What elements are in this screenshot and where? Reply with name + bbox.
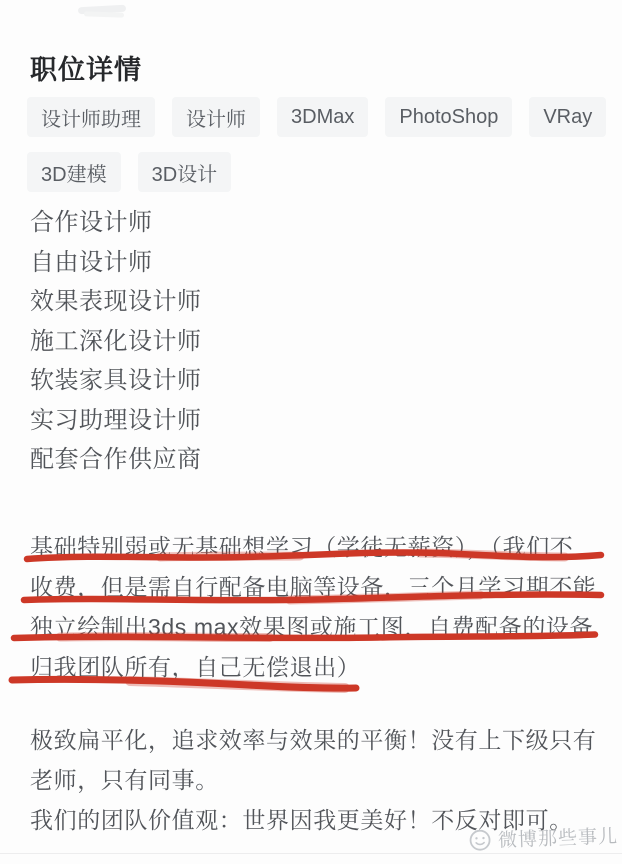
highlighted-line: 独立绘制出3ds max效果图或施工图，自费配备的设备 [30,607,596,647]
highlighted-line: 归我团队所有，自己无偿退出） [30,647,596,687]
tag-chip-label: PhotoShop [399,106,498,129]
closing-paragraph: 极致扁平化，追求效率与效果的平衡！没有上下级只有 老师，只有同事。 我们的团队价… [30,720,596,840]
position-item: 配套合作供应商 [30,440,202,480]
page-title: 职位详情 [30,48,142,87]
position-item: 实习助理设计师 [30,401,202,441]
watermark-text: 微博那些事儿 [498,821,619,852]
tag-chip-label: 3D设计 [152,158,218,187]
position-item: 自由设计师 [30,243,202,283]
watermark: 微博那些事儿 [468,821,619,853]
smiley-face-icon [468,827,493,852]
tag-chip-3d-modeling: 3D建模 [27,152,121,192]
position-list: 合作设计师 自由设计师 效果表现设计师 施工深化设计师 软装家具设计师 实习助理… [30,203,202,480]
position-item: 效果表现设计师 [30,282,202,322]
highlighted-line: 收费，但是需自行配备电脑等设备，三个月学习期不能 [30,567,596,607]
tag-chip-label: 设计师助理 [41,103,141,132]
tag-chip-label: VRay [543,106,592,129]
tag-chip-designer: 设计师 [172,97,260,137]
tag-chip-vray: VRay [529,97,606,137]
position-item: 合作设计师 [30,203,202,243]
tag-chip-designer-assistant: 设计师助理 [27,97,155,137]
position-item: 软装家具设计师 [30,361,202,401]
highlighted-line: 基础特别弱或无基础想学习（学徒无薪资），（我们不 [30,527,596,567]
closing-line: 极致扁平化，追求效率与效果的平衡！没有上下级只有 [30,720,596,760]
tag-chip-3dmax: 3DMax [277,97,368,137]
job-detail-page: 职位详情 设计师助理 设计师 3DMax PhotoShop VRay 3D建模… [0,0,622,864]
ink-smudge [84,11,124,17]
bottom-divider [0,853,622,854]
tag-chip-label: 3DMax [291,106,354,129]
tag-chip-3d-design: 3D设计 [138,152,232,192]
closing-line: 老师，只有同事。 [30,760,596,800]
tag-chip-label: 设计师 [186,103,246,132]
highlighted-paragraph: 基础特别弱或无基础想学习（学徒无薪资），（我们不 收费，但是需自行配备电脑等设备… [30,527,596,687]
position-item: 施工深化设计师 [30,322,202,362]
tag-list-row-1: 设计师助理 设计师 3DMax PhotoShop VRay [27,97,606,137]
tag-list-row-2: 3D建模 3D设计 [27,152,231,192]
tag-chip-label: 3D建模 [41,158,107,187]
tag-chip-photoshop: PhotoShop [385,97,512,137]
